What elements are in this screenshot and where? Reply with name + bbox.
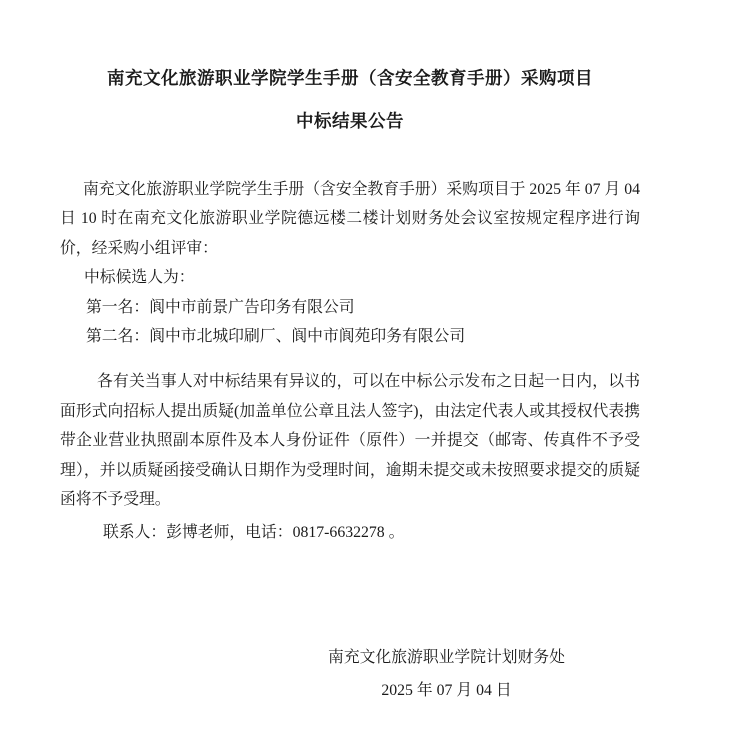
intro-paragraph: 南充文化旅游职业学院学生手册（含安全教育手册）采购项目于 2025 年 07 月… [60,175,640,263]
rank-second-line: 第二名：阆中市北城印刷厂、阆中市阆苑印务有限公司 [60,322,640,351]
signature-date: 2025 年 07 月 04 日 [328,676,565,705]
document-content: 南充文化旅游职业学院学生手册（含安全教育手册）采购项目 中标结果公告 南充文化旅… [0,0,731,706]
rank-first-line: 第一名：阆中市前景广告印务有限公司 [60,293,640,322]
document-subtitle: 中标结果公告 [60,109,640,133]
signature-issuer: 南充文化旅游职业学院计划财务处 [328,643,565,672]
document-title: 南充文化旅游职业学院学生手册（含安全教育手册）采购项目 [60,0,640,90]
contact-line: 联系人：彭博老师，电话：0817-6632278 。 [60,518,640,547]
signature-block: 南充文化旅游职业学院计划财务处 2025 年 07 月 04 日 [328,643,565,706]
candidates-label: 中标候选人为： [60,263,640,292]
document-page: 南充文化旅游职业学院学生手册（含安全教育手册）采购项目 中标结果公告 南充文化旅… [0,0,731,753]
objection-paragraph: 各有关当事人对中标结果有异议的，可以在中标公示发布之日起一日内，以书面形式向招标… [60,367,640,514]
